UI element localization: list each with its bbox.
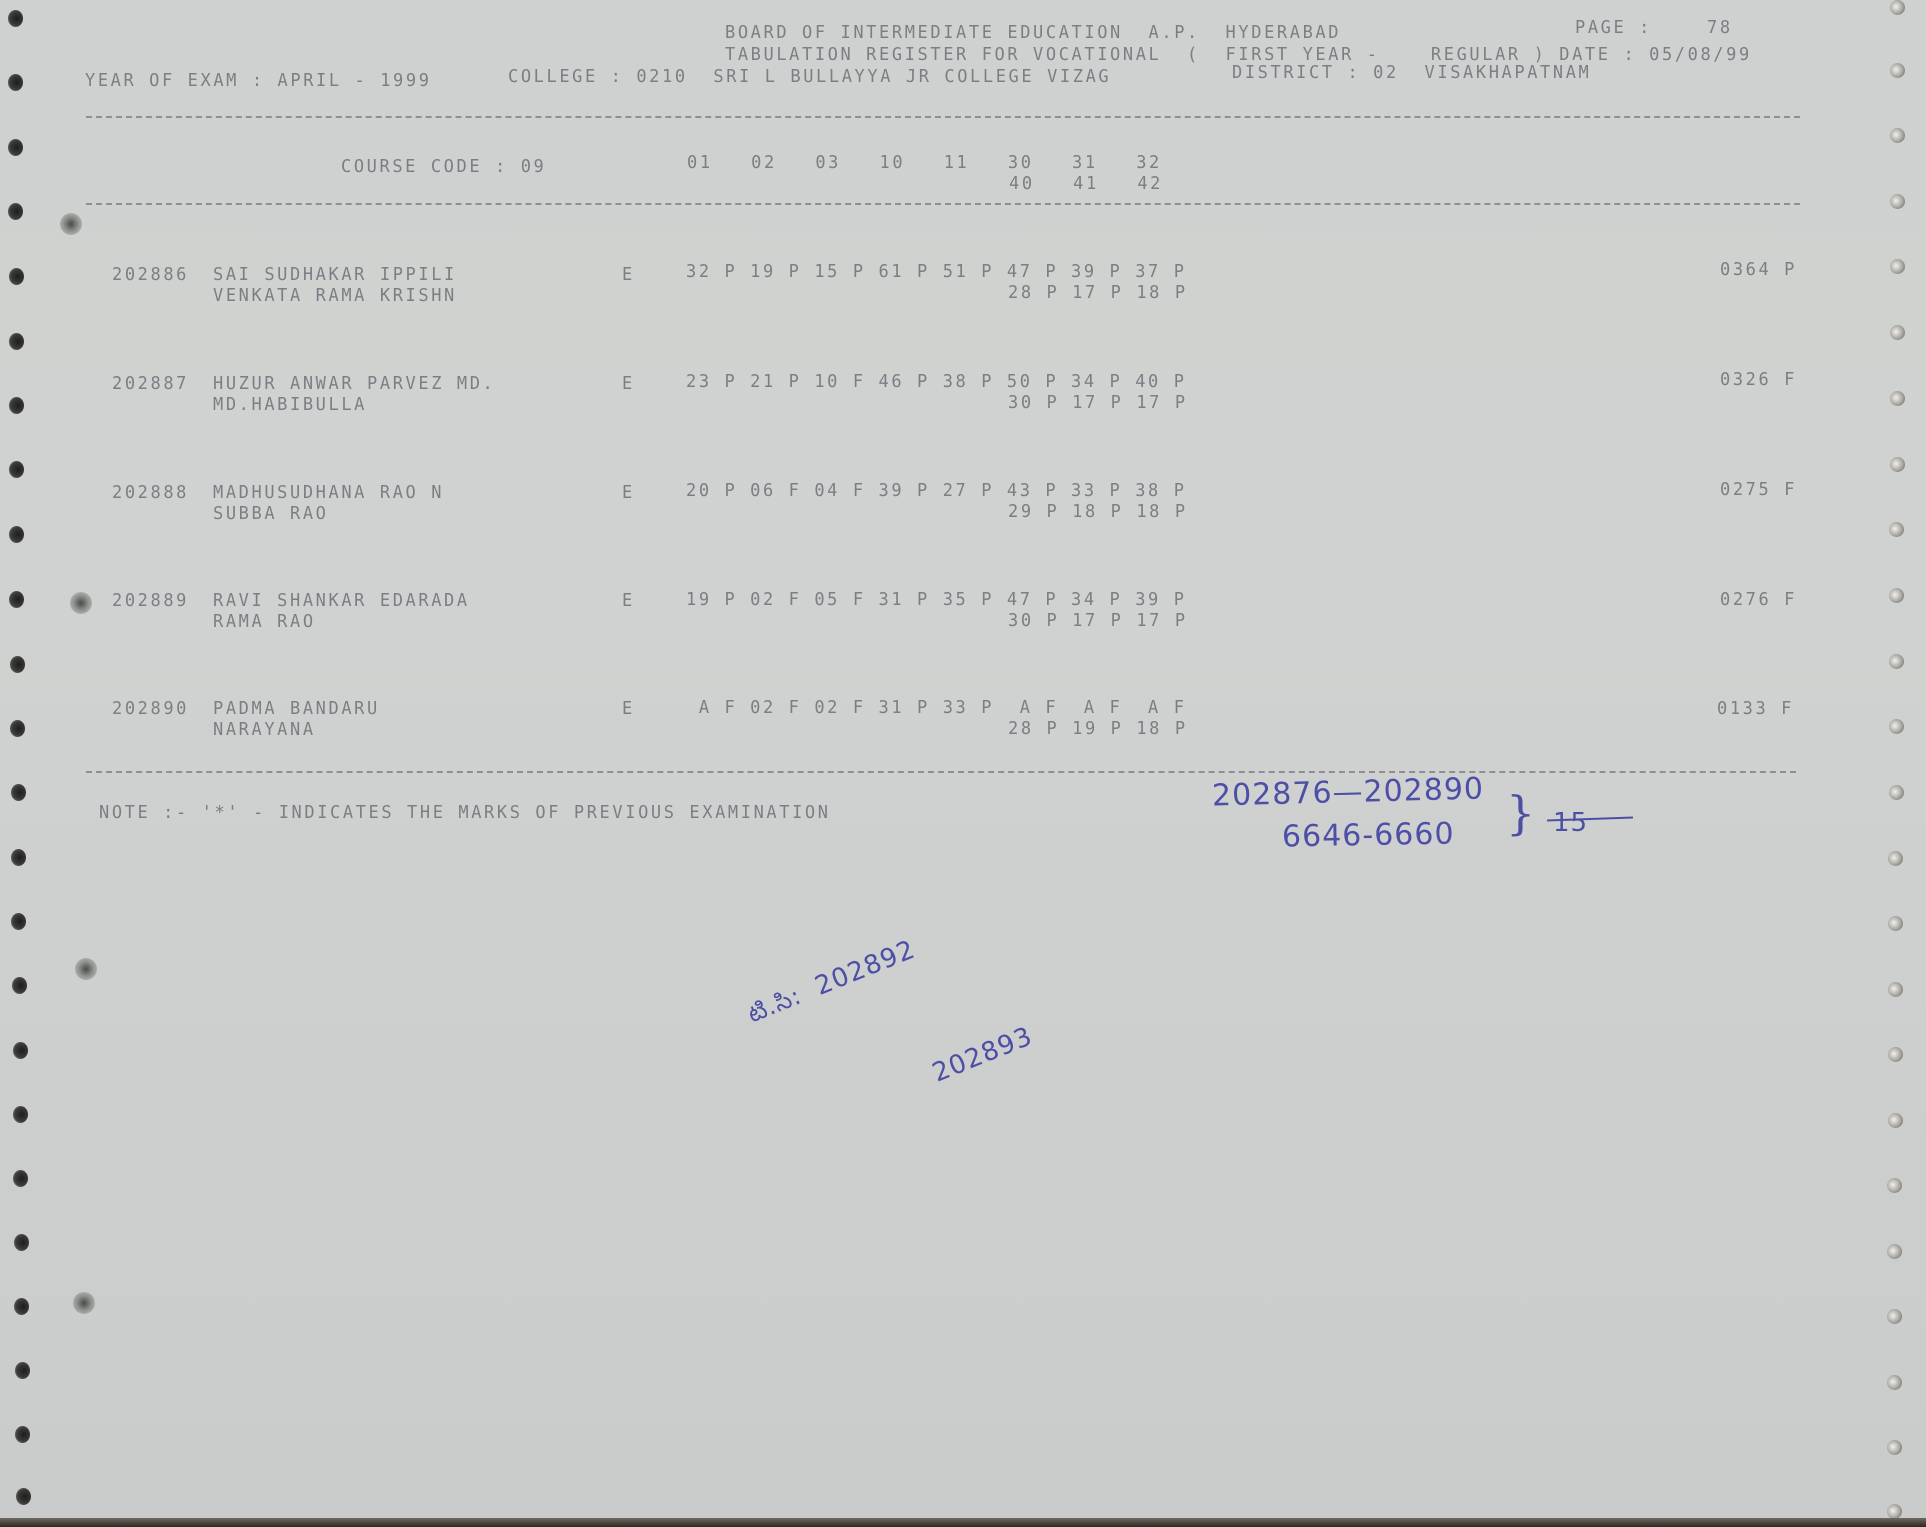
roll-number: 202887 (112, 374, 189, 395)
medium: E (622, 591, 635, 612)
feed-hole-icon (8, 10, 23, 27)
marks-row1: A F 02 F 02 F 31 P 33 P A F A F A F (686, 698, 1187, 719)
feed-hole-icon (8, 139, 23, 156)
feed-hole-icon (15, 1362, 30, 1379)
feed-hole-icon (11, 784, 26, 801)
feed-hole-icon (1889, 654, 1904, 669)
feed-hole-icon (9, 397, 24, 414)
board-title: BOARD OF INTERMEDIATE EDUCATION A.P. HYD… (725, 23, 1341, 44)
paper-mark (70, 592, 92, 614)
annotation-roll-2: 202893 (928, 1021, 1037, 1088)
marks-row1: 19 P 02 F 05 F 31 P 35 P 47 P 34 P 39 P (686, 590, 1187, 611)
tabulation-register-page: BOARD OF INTERMEDIATE EDUCATION A.P. HYD… (0, 0, 1926, 1520)
marks-row2: 30 P 17 P 17 P (1008, 611, 1188, 632)
feed-hole-icon (1889, 785, 1904, 800)
father-name: NARAYANA (213, 720, 316, 741)
feed-hole-icon (9, 461, 24, 478)
feed-hole-icon (8, 203, 23, 220)
feed-hole-icon (11, 913, 26, 930)
feed-hole-icon (13, 1106, 28, 1123)
feed-hole-icon (1888, 916, 1903, 931)
feed-hole-icon (1887, 1244, 1902, 1259)
district-info: DISTRICT : 02 VISAKHAPATNAM (1232, 63, 1591, 84)
feed-hole-icon (1890, 0, 1905, 15)
divider-header (86, 203, 1800, 205)
feed-hole-icon (1890, 391, 1905, 406)
annotation-prefix: టి.సి: (744, 982, 806, 1029)
feed-hole-icon (9, 526, 24, 543)
course-code: COURSE CODE : 09 (341, 157, 546, 178)
feed-hole-icon (8, 74, 23, 91)
marks-row1: 32 P 19 P 15 P 61 P 51 P 47 P 39 P 37 P (686, 262, 1187, 283)
brace-icon: } (1506, 786, 1535, 840)
year-of-exam: YEAR OF EXAM : APRIL - 1999 (85, 71, 432, 92)
roll-number: 202888 (112, 483, 189, 504)
feed-hole-icon (15, 1426, 30, 1443)
student-name: HUZUR ANWAR PARVEZ MD. (213, 374, 495, 395)
handwritten-count: 15 (1553, 808, 1588, 838)
paper-mark (73, 1292, 95, 1314)
feed-hole-icon (13, 1042, 28, 1059)
feed-hole-icon (1890, 259, 1905, 274)
feed-hole-icon (1887, 1309, 1902, 1324)
medium: E (622, 699, 635, 720)
marks-row2: 30 P 17 P 17 P (1008, 393, 1188, 414)
roll-number: 202889 (112, 591, 189, 612)
student-name: RAVI SHANKAR EDARADA (213, 591, 470, 612)
feed-hole-icon (1888, 1047, 1903, 1062)
medium: E (622, 265, 635, 286)
feed-hole-icon (1888, 1113, 1903, 1128)
feed-hole-icon (1890, 194, 1905, 209)
footnote: NOTE :- '*' - INDICATES THE MARKS OF PRE… (99, 803, 831, 824)
feed-hole-icon (14, 1234, 29, 1251)
total-result: 0276 F (1720, 590, 1797, 611)
paper-mark (60, 213, 82, 235)
feed-hole-icon (1890, 63, 1905, 78)
divider-top (86, 116, 1800, 118)
feed-hole-icon (1890, 457, 1905, 472)
feed-hole-icon (1889, 588, 1904, 603)
subject-codes-row1: 01 02 03 10 11 30 31 32 (687, 153, 1162, 174)
feed-hole-icon (10, 720, 25, 737)
marks-row1: 20 P 06 F 04 F 39 P 27 P 43 P 33 P 38 P (686, 481, 1187, 502)
feed-hole-icon (1890, 325, 1905, 340)
father-name: RAMA RAO (213, 612, 316, 633)
paper-mark (75, 958, 97, 980)
feed-hole-icon (12, 977, 27, 994)
handwritten-serial-range: 6646-6660 (1282, 816, 1455, 854)
father-name: MD.HABIBULLA (213, 395, 367, 416)
feed-hole-icon (9, 268, 24, 285)
page-label: PAGE : (1575, 18, 1652, 39)
feed-hole-icon (13, 1170, 28, 1187)
marks-row2: 28 P 17 P 18 P (1008, 283, 1188, 304)
feed-hole-icon (1889, 522, 1904, 537)
marks-row1: 23 P 21 P 10 F 46 P 38 P 50 P 34 P 40 P (686, 372, 1187, 393)
feed-hole-icon (11, 849, 26, 866)
roll-number: 202890 (112, 699, 189, 720)
roll-number: 202886 (112, 265, 189, 286)
feed-hole-icon (10, 656, 25, 673)
college-info: COLLEGE : 0210 SRI L BULLAYYA JR COLLEGE… (508, 67, 1111, 88)
marks-row2: 29 P 18 P 18 P (1008, 502, 1188, 523)
medium: E (622, 374, 635, 395)
feed-hole-icon (1889, 719, 1904, 734)
feed-hole-icon (1887, 1504, 1902, 1519)
feed-hole-icon (1888, 982, 1903, 997)
total-result: 0326 F (1720, 370, 1797, 391)
marks-row2: 28 P 19 P 18 P (1008, 719, 1188, 740)
student-name: PADMA BANDARU (213, 699, 380, 720)
handwritten-roll-range: 202876—202890 (1212, 771, 1485, 813)
feed-hole-icon (16, 1488, 31, 1505)
page-number: 78 (1707, 18, 1733, 39)
student-name: SAI SUDHAKAR IPPILI (213, 265, 457, 286)
feed-hole-icon (1888, 851, 1903, 866)
annotation-roll-1: 202892 (811, 935, 920, 1002)
total-result: 0275 F (1720, 480, 1797, 501)
total-result: 0364 P (1720, 260, 1797, 281)
feed-hole-icon (1887, 1375, 1902, 1390)
feed-hole-icon (14, 1298, 29, 1315)
divider-bottom (86, 771, 1796, 773)
feed-hole-icon (9, 333, 24, 350)
father-name: SUBBA RAO (213, 504, 329, 525)
student-name: MADHUSUDHANA RAO N (213, 483, 444, 504)
paper-bottom-edge (0, 1518, 1926, 1527)
feed-hole-icon (1887, 1440, 1902, 1455)
total-result: 0133 F (1717, 699, 1794, 720)
feed-hole-icon (1890, 128, 1905, 143)
father-name: VENKATA RAMA KRISHN (213, 286, 457, 307)
handwritten-annotation: టి.సి: 202892 (743, 935, 921, 1034)
medium: E (622, 483, 635, 504)
feed-hole-icon (9, 591, 24, 608)
feed-hole-icon (1887, 1178, 1902, 1193)
subject-codes-row2: 40 41 42 (1009, 174, 1163, 195)
